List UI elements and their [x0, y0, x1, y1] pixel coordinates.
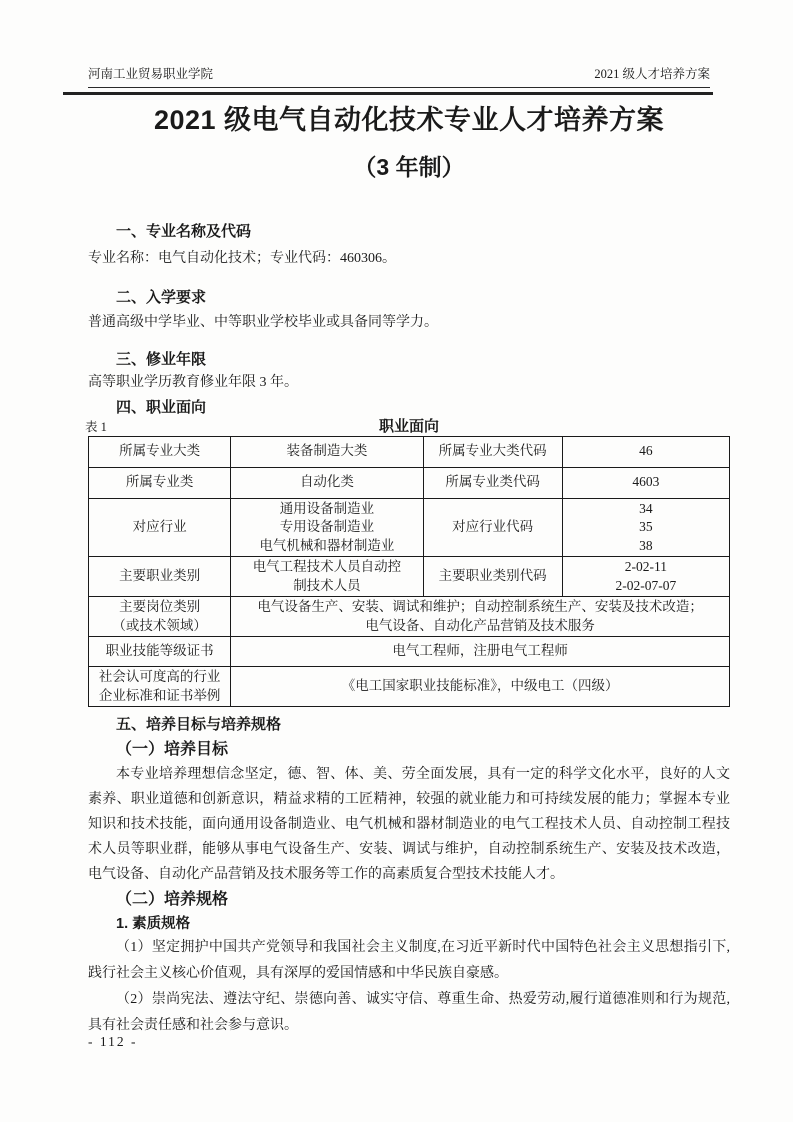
header-doc-name: 2021 级人才培养方案: [594, 65, 710, 84]
section-4-heading: 四、职业面向: [116, 398, 730, 418]
table-row: 主要职业类别 电气工程技术人员自动控 制技术人员 主要职业类别代码 2-02-1…: [89, 557, 730, 597]
section-2-body: 普通高级中学毕业、中等职业学校毕业或具备同等学力。: [88, 310, 730, 336]
table-row: 所属专业类 自动化类 所属专业类代码 4603: [89, 467, 730, 498]
table-cell: 对应行业: [89, 498, 231, 557]
quality-spec-item-1: （1）坚定拥护中国共产党领导和我国社会主义制度,在习近平新时代中国特色社会主义思…: [88, 935, 730, 987]
table-row: 职业技能等级证书 电气工程师，注册电气工程师: [89, 637, 730, 667]
page-header: 河南工业贸易职业学院 2021 级人才培养方案: [88, 65, 710, 88]
table-cell: 电气设备生产、安装、调试和维护；自动控制系统生产、安装及技术改造； 电气设备、自…: [231, 597, 730, 637]
table-cell: 主要职业类别代码: [423, 557, 562, 597]
section-5-2-heading: （二）培养规格: [116, 889, 730, 911]
table-cell: 4603: [562, 467, 729, 498]
table-cell: 电气工程师，注册电气工程师: [231, 637, 730, 667]
table-cell: 所属专业类: [89, 467, 231, 498]
table-title: 职业面向: [379, 418, 439, 436]
header-rule: [63, 92, 713, 95]
table-number-label: 表 1: [85, 420, 107, 434]
table-row: 主要岗位类别 （或技术领域） 电气设备生产、安装、调试和维护；自动控制系统生产、…: [89, 597, 730, 637]
section-3-body: 高等职业学历教育修业年限 3 年。: [88, 370, 730, 396]
table-cell: 对应行业代码: [423, 498, 562, 557]
table-cell: 通用设备制造业 专用设备制造业 电气机械和器材制造业: [231, 498, 423, 557]
table-cell: 所属专业类代码: [423, 467, 562, 498]
occupation-table: 所属专业大类 装备制造大类 所属专业大类代码 46 所属专业类 自动化类 所属专…: [88, 436, 730, 708]
page-number: - 112 -: [88, 1034, 138, 1050]
table-row: 所属专业大类 装备制造大类 所属专业大类代码 46: [89, 436, 730, 467]
table-row: 对应行业 通用设备制造业 专用设备制造业 电气机械和器材制造业 对应行业代码 3…: [89, 498, 730, 557]
table-cell: 电气工程技术人员自动控 制技术人员: [231, 557, 423, 597]
section-3-heading: 三、修业年限: [116, 350, 730, 370]
section-1-body: 专业名称：电气自动化技术；专业代码：460306。: [88, 246, 730, 272]
section-1-heading: 一、专业名称及代码: [116, 222, 730, 242]
table-cell: 装备制造大类: [231, 436, 423, 467]
table-row: 社会认可度高的行业 企业标准和证书举例 《电工国家职业技能标准》，中级电工（四级…: [89, 667, 730, 707]
section-2-heading: 二、入学要求: [116, 288, 730, 308]
document-title: 2021 级电气自动化技术专业人才培养方案: [88, 103, 730, 137]
table-cell: 2-02-11 2-02-07-07: [562, 557, 729, 597]
table-cell: 《电工国家职业技能标准》，中级电工（四级）: [231, 667, 730, 707]
table-cell: 职业技能等级证书: [89, 637, 231, 667]
training-objective-paragraph: 本专业培养理想信念坚定，德、智、体、美、劳全面发展，具有一定的科学文化水平，良好…: [88, 762, 730, 887]
table-cell: 46: [562, 436, 729, 467]
table-caption: 表 1 职业面向: [88, 418, 730, 436]
header-school-name: 河南工业贸易职业学院: [88, 65, 213, 84]
section-5-heading: 五、培养目标与培养规格: [116, 715, 730, 735]
table-cell: 34 35 38: [562, 498, 729, 557]
table-cell: 自动化类: [231, 467, 423, 498]
table-cell: 社会认可度高的行业 企业标准和证书举例: [89, 667, 231, 707]
quality-spec-item-2: （2）崇尚宪法、遵法守纪、崇德向善、诚实守信、尊重生命、热爱劳动,履行道德准则和…: [88, 987, 730, 1039]
table-cell: 所属专业大类代码: [423, 436, 562, 467]
table-cell: 主要岗位类别 （或技术领域）: [89, 597, 231, 637]
document-page: 河南工业贸易职业学院 2021 级人才培养方案 2021 级电气自动化技术专业人…: [0, 0, 793, 1122]
section-5-1-heading: （一）培养目标: [116, 739, 730, 761]
document-subtitle: （3 年制）: [88, 152, 730, 182]
table-cell: 所属专业大类: [89, 436, 231, 467]
quality-spec-heading: 1. 素质规格: [116, 914, 730, 934]
table-cell: 主要职业类别: [89, 557, 231, 597]
